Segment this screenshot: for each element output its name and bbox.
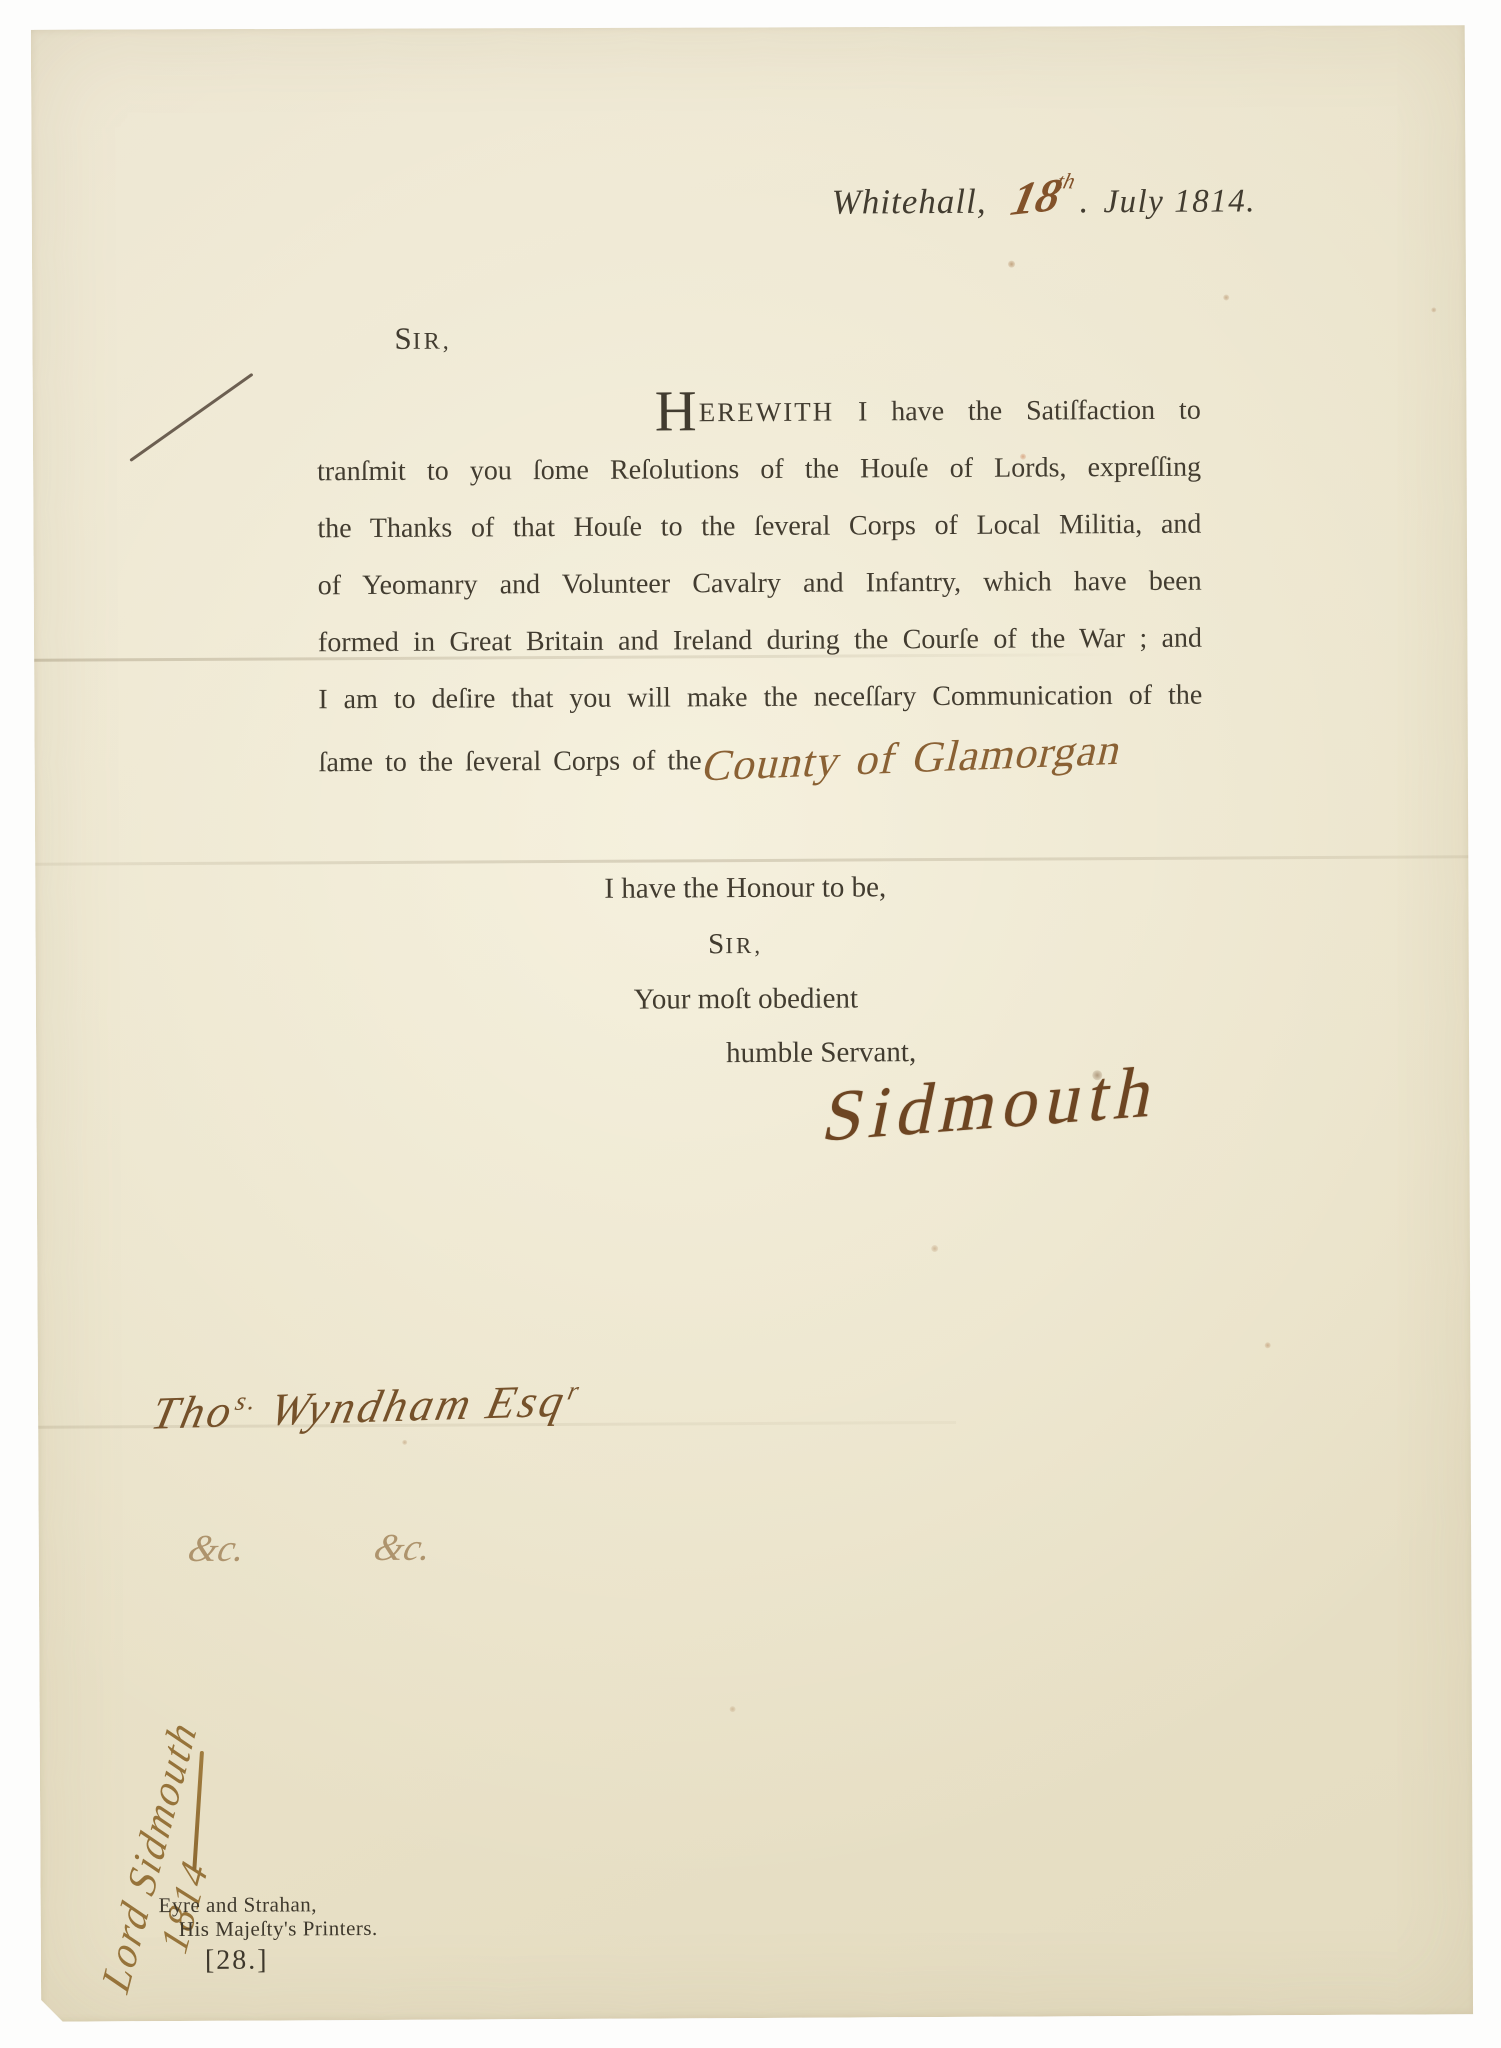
fold-crease-middle <box>35 855 1469 866</box>
dateline-month-year: July 1814. <box>1103 183 1256 221</box>
foxing-spot <box>402 1440 407 1445</box>
printer-imprint-line2: His Majeſty's Printers. <box>179 1916 378 1942</box>
handwritten-day: 18 <box>1006 168 1066 227</box>
dateline-period: . <box>1079 181 1088 221</box>
body-line-7: ſame to the ſeveral Corps of the County … <box>318 724 1202 786</box>
margin-pen-stroke <box>129 373 253 462</box>
handwritten-addressee: Thos. Wyndham Esqr <box>147 1373 585 1439</box>
body-line-7-printed: ſame to the ſeveral Corps of the <box>318 732 701 791</box>
printer-imprint-line1: Eyre and Strahan, <box>159 1892 318 1918</box>
body-line-6: I am to deſire that you will make the ne… <box>318 667 1202 729</box>
salutation-rest: IR, <box>413 329 452 355</box>
closing-sir: SIR, <box>456 927 1016 963</box>
body-line-1: HEREWITH I have the Satiſfaction to <box>317 382 1201 444</box>
closing-honour: I have the Honour to be, <box>465 871 1025 907</box>
etcetera-2: &c. <box>370 1527 435 1569</box>
foxing-spot <box>1431 307 1436 312</box>
body-line-3: the Thanks of that Houſe to the ſeveral … <box>317 496 1201 558</box>
body-line-2: tranſmit to you ſome Reſolutions of the … <box>317 439 1201 501</box>
foxing-spot <box>1223 294 1229 300</box>
dateline: Whitehall, 18 th . July 1814. <box>832 169 1232 225</box>
foxing-spot <box>730 1706 736 1712</box>
foxing-spot <box>1008 261 1015 268</box>
closing-obedient: Your moſt obedient <box>466 982 1026 1018</box>
handwritten-county: County of Glamorgan <box>697 721 1129 795</box>
foxing-spot <box>931 1245 938 1252</box>
letter-sheet: Whitehall, 18 th . July 1814. SIR, HEREW… <box>31 22 1475 2021</box>
closing-sir-rest: IR, <box>725 933 763 958</box>
drop-cap-h: H <box>655 378 699 443</box>
lead-smallcaps: EREWITH <box>699 397 835 428</box>
dateline-place: Whitehall, <box>832 182 987 223</box>
salutation: SIR, <box>394 321 451 357</box>
etcetera-1: &c. <box>184 1528 249 1570</box>
foxing-spot <box>1265 1342 1271 1348</box>
body-line-1-rest: I have the Satiſfaction to <box>834 395 1201 428</box>
salutation-initial: S <box>394 321 412 356</box>
body-line-5: formed in Great Britain and Ireland duri… <box>318 610 1202 672</box>
closing-sir-initial: S <box>708 928 725 960</box>
printer-imprint-number: [28.] <box>205 1945 269 1977</box>
letter-body: HEREWITH I have the Satiſfaction to tran… <box>317 382 1203 786</box>
addressee-name-rest: Wyndham Esq <box>251 1375 572 1436</box>
addressee-name: Tho <box>147 1385 239 1439</box>
handwritten-etcetera: &c.&c. <box>184 1526 435 1571</box>
body-line-4: of Yeomanry and Volunteer Cavalry and In… <box>318 553 1202 615</box>
